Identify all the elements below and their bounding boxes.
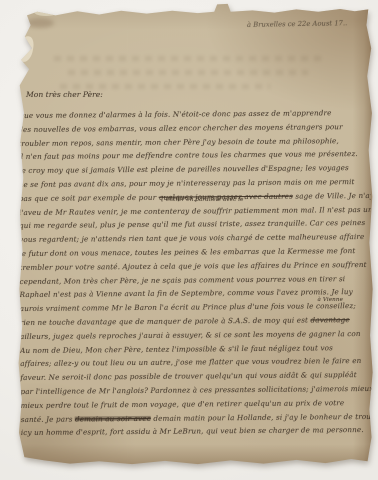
letter-paper: à Bruxelles ce 22e Aoust 17.. Mon très c… [8,2,373,465]
ink-showthrough [54,56,322,61]
paper-shadow-wrap: à Bruxelles ce 22e Aoust 17.. Mon très c… [0,0,378,480]
photo-backdrop: à Bruxelles ce 22e Aoust 17.. Mon très c… [0,0,378,480]
torn-paper-chip [34,7,58,16]
torn-paper-chip [16,35,34,63]
letter-dateline: à Bruxelles ce 22e Aoust 17.. [247,19,347,29]
interlinear-insertion: entrer en parallèle avec le [166,197,244,203]
ink-showthrough [68,70,308,75]
letter-salutation: Mon très cher Père: [26,90,103,99]
ink-showthrough [60,84,270,89]
torn-paper-chip [12,144,20,160]
letter-body: Que vous me donnez d'alarmes à la fois. … [18,106,373,440]
interlinear-insertion: à Vienne [318,297,343,303]
letter-line: icy un homme d'esprit, fort assidu à Mr … [21,423,373,440]
corner-stain [26,18,54,28]
